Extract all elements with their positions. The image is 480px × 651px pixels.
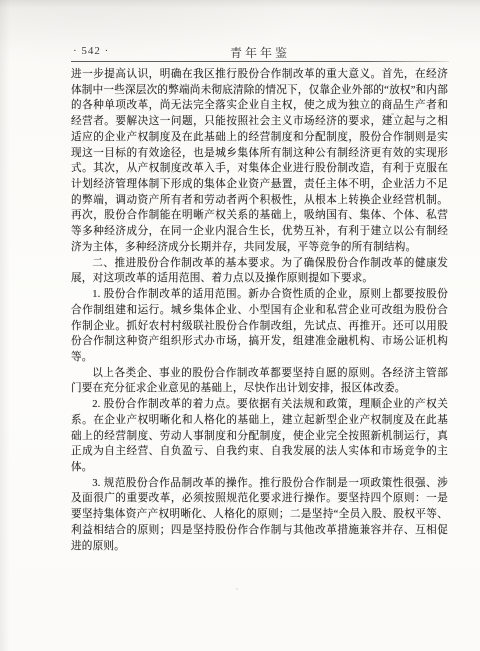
paragraph-item-1-scope: 1. 股份合作制改革的适用范围。新办合资性质的企业，原则上都要按股份合作制组建和…: [71, 287, 448, 366]
scan-speckle: [236, 588, 238, 590]
scan-edge-shadow-left: [0, 0, 10, 651]
scan-speckle: [391, 113, 394, 115]
paragraph-voluntary-principle: 以上各类企、事业的股份合作制改革都要坚持自愿的原则。各经济主管部门要在充分征求企…: [71, 366, 448, 397]
paragraph-item-2-focus: 2. 股份合作制改革的着力点。要依据有关法规和政策，理顺企业的产权关系。在企业产…: [71, 397, 448, 476]
paragraph-continuation: 进一步提高认识，明确在我区推行股份合作制改革的重大意义。首先，在经济体制中一些深…: [71, 67, 448, 256]
paragraph-section-2-heading: 二、推进股份合作制改革的基本要求。为了确保股份合作制改革的健康发展，对这项改革的…: [71, 256, 448, 287]
scan-speckle: [329, 533, 332, 535]
scan-edge-shadow-top: [0, 0, 480, 8]
page-body-text: 进一步提高认识，明确在我区推行股份合作制改革的重大意义。首先，在经济体制中一些深…: [71, 67, 448, 554]
header-rule-divider: [71, 61, 449, 62]
scan-speckle: [444, 169, 448, 171]
paragraph-item-3-operation: 3. 规范股份合作品制改革的操作。推行股份合作制是一项政策性很强、涉及面很广的重…: [71, 476, 448, 555]
running-head: · 542 · 青年年鉴: [71, 44, 449, 61]
book-title: 青年年鉴: [71, 44, 449, 61]
scanned-book-page: · 542 · 青年年鉴 进一步提高认识，明确在我区推行股份合作制改革的重大意义…: [0, 0, 480, 651]
